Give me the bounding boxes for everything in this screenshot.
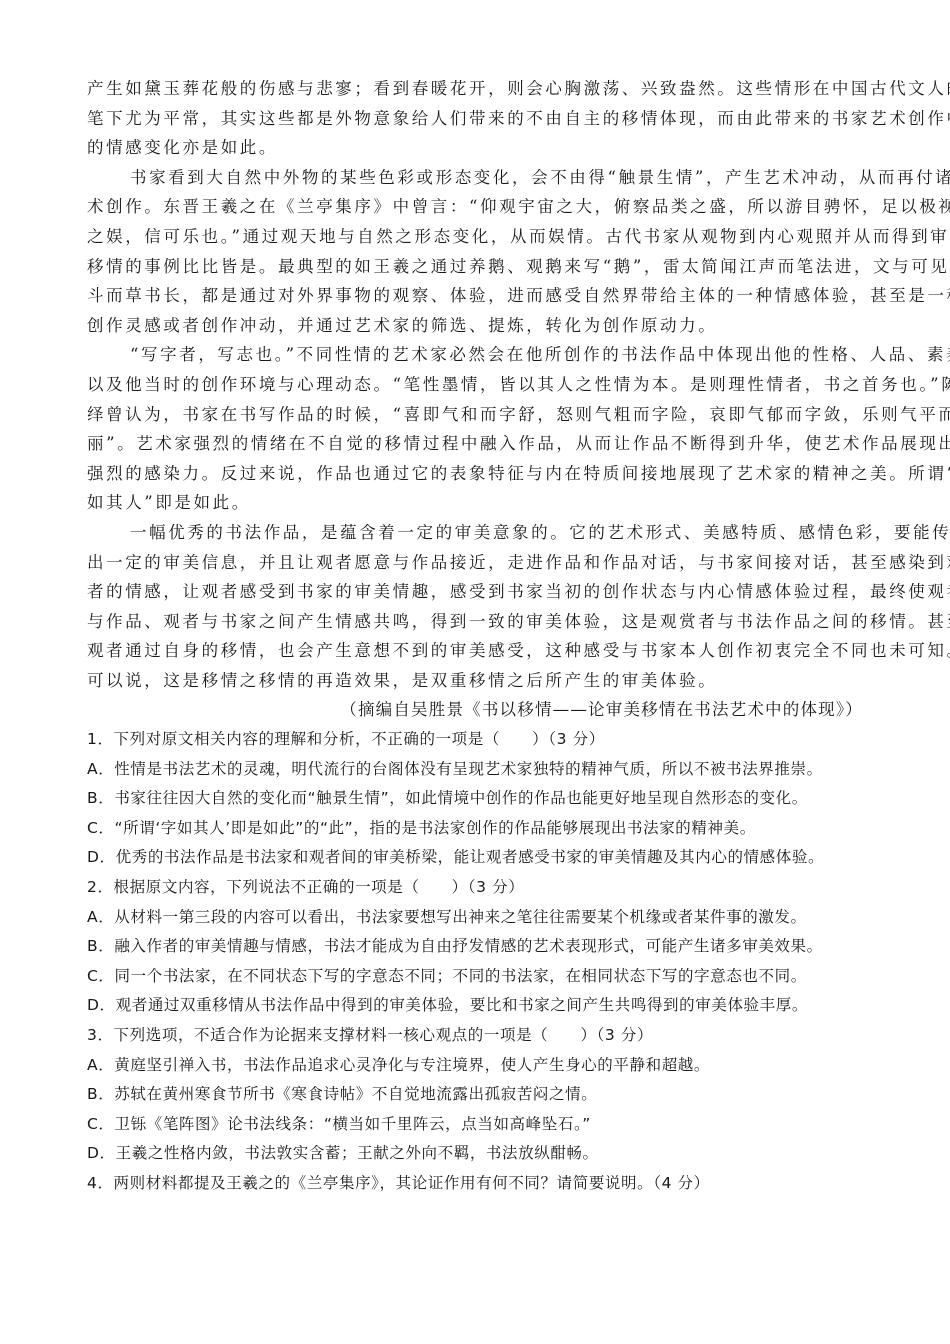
- question-stem: 1．下列对原文相关内容的理解和分析，不正确的一项是（ ）（3 分）: [87, 725, 863, 755]
- questions: 1．下列对原文相关内容的理解和分析，不正确的一项是（ ）（3 分） A．性情是书…: [87, 725, 863, 1199]
- text-line: 出一定的审美信息，并且让观者愿意与作品接近，走进作品和作品对话，与书家间接对话，…: [87, 548, 863, 578]
- text-line: 书家看到大自然中外物的某些色彩或形态变化，会不由得“触景生情”，产生艺术冲动，从…: [87, 163, 863, 193]
- text-line: 移情的事例比比皆是。最典型的如王羲之通过养鹅、观鹅来写“鹅”，雷太简闻江声而笔法…: [87, 252, 863, 282]
- text-line: 以及他当时的创作环境与心理动态。“笔性墨情，皆以其人之性情为本。是则理性情者，书…: [87, 370, 863, 400]
- text-line: 强烈的感染力。反过来说，作品也通过它的表象特征与内在特质间接地展现了艺术家的精神…: [87, 459, 863, 489]
- question-stem: 4．两则材料都提及王羲之的《兰亭集序》，其论证作用有何不同？请简要说明。（4 分…: [87, 1169, 863, 1199]
- question-2: 2．根据原文内容，下列说法不正确的一项是（ ）（3 分） A．从材料一第三段的内…: [87, 873, 863, 1021]
- option-a: A．从材料一第三段的内容可以看出，书法家要想写出神来之笔往往需要某个机缘或者某件…: [87, 903, 863, 933]
- option-c: C．卫铄《笔阵图》论书法线条：“横当如千里阵云，点当如高峰坠石。”: [87, 1110, 863, 1140]
- option-c: C．同一个书法家，在不同状态下写的字意态不同；不同的书法家，在相同状态下写的字意…: [87, 962, 863, 992]
- paragraph-1: 产生如黛玉葬花般的伤感与悲寥；看到春暖花开，则会心胸激荡、兴致盎然。这些情形在中…: [87, 74, 863, 163]
- text-line: 如其人”即是如此。: [87, 488, 863, 518]
- question-3: 3．下列选项，不适合作为论据来支撑材料一核心观点的一项是（ ）（3 分） A．黄…: [87, 1021, 863, 1169]
- paragraph-2: 书家看到大自然中外物的某些色彩或形态变化，会不由得“触景生情”，产生艺术冲动，从…: [87, 163, 863, 341]
- option-b: B．书家往往因大自然的变化而“触景生情”，如此情境中创作的作品也能更好地呈现自然…: [87, 784, 863, 814]
- text-line: 术创作。东晋王羲之在《兰亭集序》中曾言：“仰观宇宙之大，俯察品类之盛，所以游目骋…: [87, 192, 863, 222]
- option-b: B．融入作者的审美情趣与情感，书法才能成为自由抒发情感的艺术表现形式，可能产生诸…: [87, 932, 863, 962]
- document-page: 产生如黛玉葬花般的伤感与悲寥；看到春暖花开，则会心胸激荡、兴致盎然。这些情形在中…: [87, 74, 863, 1199]
- text-line: 一幅优秀的书法作品，是蕴含着一定的审美意象的。它的艺术形式、美感特质、感情色彩，…: [87, 518, 863, 548]
- option-b: B．苏轼在黄州寒食节所书《寒食诗帖》不自觉地流露出孤寂苦闷之情。: [87, 1080, 863, 1110]
- text-line: 的情感变化亦是如此。: [87, 133, 863, 163]
- text-line: 丽”。艺术家强烈的情绪在不自觉的移情过程中融入作品，从而让作品不断得到升华，使艺…: [87, 429, 863, 459]
- text-line: 斗而草书长，都是通过对外界事物的观察、体验，进而感受自然界带给主体的一种情感体验…: [87, 281, 863, 311]
- option-c: C．“所谓‘字如其人’即是如此”的“此”，指的是书法家创作的作品能够展现出书法家…: [87, 814, 863, 844]
- text-line: 可以说，这是移情之移情的再造效果，是双重移情之后所产生的审美体验。: [87, 666, 863, 696]
- text-line: 产生如黛玉葬花般的伤感与悲寥；看到春暖花开，则会心胸激荡、兴致盎然。这些情形在中…: [87, 74, 863, 104]
- question-stem: 3．下列选项，不适合作为论据来支撑材料一核心观点的一项是（ ）（3 分）: [87, 1021, 863, 1051]
- text-line: “写字者，写志也。”不同性情的艺术家必然会在他所创作的书法作品中体现出他的性格、…: [87, 340, 863, 370]
- option-a: A．黄庭坚引禅入书，书法作品追求心灵净化与专注境界，使人产生身心的平静和超越。: [87, 1051, 863, 1081]
- text-line: 观者通过自身的移情，也会产生意想不到的审美感受，这种感受与书家本人创作初衷完全不…: [87, 636, 863, 666]
- passage: 产生如黛玉葬花般的伤感与悲寥；看到春暖花开，则会心胸激荡、兴致盎然。这些情形在中…: [87, 74, 863, 725]
- option-d: D．观者通过双重移情从书法作品中得到的审美体验，要比和书家之间产生共鸣得到的审美…: [87, 991, 863, 1021]
- option-d: D．优秀的书法作品是书法家和观者间的审美桥梁，能让观者感受书家的审美情趣及其内心…: [87, 843, 863, 873]
- text-line: 与作品、观者与书家之间产生情感共鸣，得到一致的审美体验，这是观赏者与书法作品之间…: [87, 607, 863, 637]
- paragraph-3: “写字者，写志也。”不同性情的艺术家必然会在他所创作的书法作品中体现出他的性格、…: [87, 340, 863, 518]
- text-line: 之娱，信可乐也。”通过观天地与自然之形态变化，从而娱情。古代书家从观物到内心观照…: [87, 222, 863, 252]
- source-citation: （摘编自吴胜景《书以移情——论审美移情在书法艺术中的体现》）: [87, 695, 863, 725]
- text-line: 绎曾认为，书家在书写作品的时候，“喜即气和而字舒，怒则气粗而字险，哀即气郁而字敛…: [87, 400, 863, 430]
- question-4: 4．两则材料都提及王羲之的《兰亭集序》，其论证作用有何不同？请简要说明。（4 分…: [87, 1169, 863, 1199]
- option-a: A．性情是书法艺术的灵魂，明代流行的台阁体没有呈现艺术家独特的精神气质，所以不被…: [87, 755, 863, 785]
- option-d: D．王羲之性格内敛，书法敦实含蓄；王献之外向不羁，书法放纵酣畅。: [87, 1139, 863, 1169]
- paragraph-4: 一幅优秀的书法作品，是蕴含着一定的审美意象的。它的艺术形式、美感特质、感情色彩，…: [87, 518, 863, 696]
- question-stem: 2．根据原文内容，下列说法不正确的一项是（ ）（3 分）: [87, 873, 863, 903]
- text-line: 笔下尤为平常，其实这些都是外物意象给人们带来的不由自主的移情体现，而由此带来的书…: [87, 104, 863, 134]
- question-1: 1．下列对原文相关内容的理解和分析，不正确的一项是（ ）（3 分） A．性情是书…: [87, 725, 863, 873]
- text-line: 者的情感，让观者感受到书家的审美情趣，感受到书家当初的创作状态与内心情感体验过程…: [87, 577, 863, 607]
- text-line: 创作灵感或者创作冲动，并通过艺术家的筛选、提炼，转化为创作原动力。: [87, 311, 863, 341]
